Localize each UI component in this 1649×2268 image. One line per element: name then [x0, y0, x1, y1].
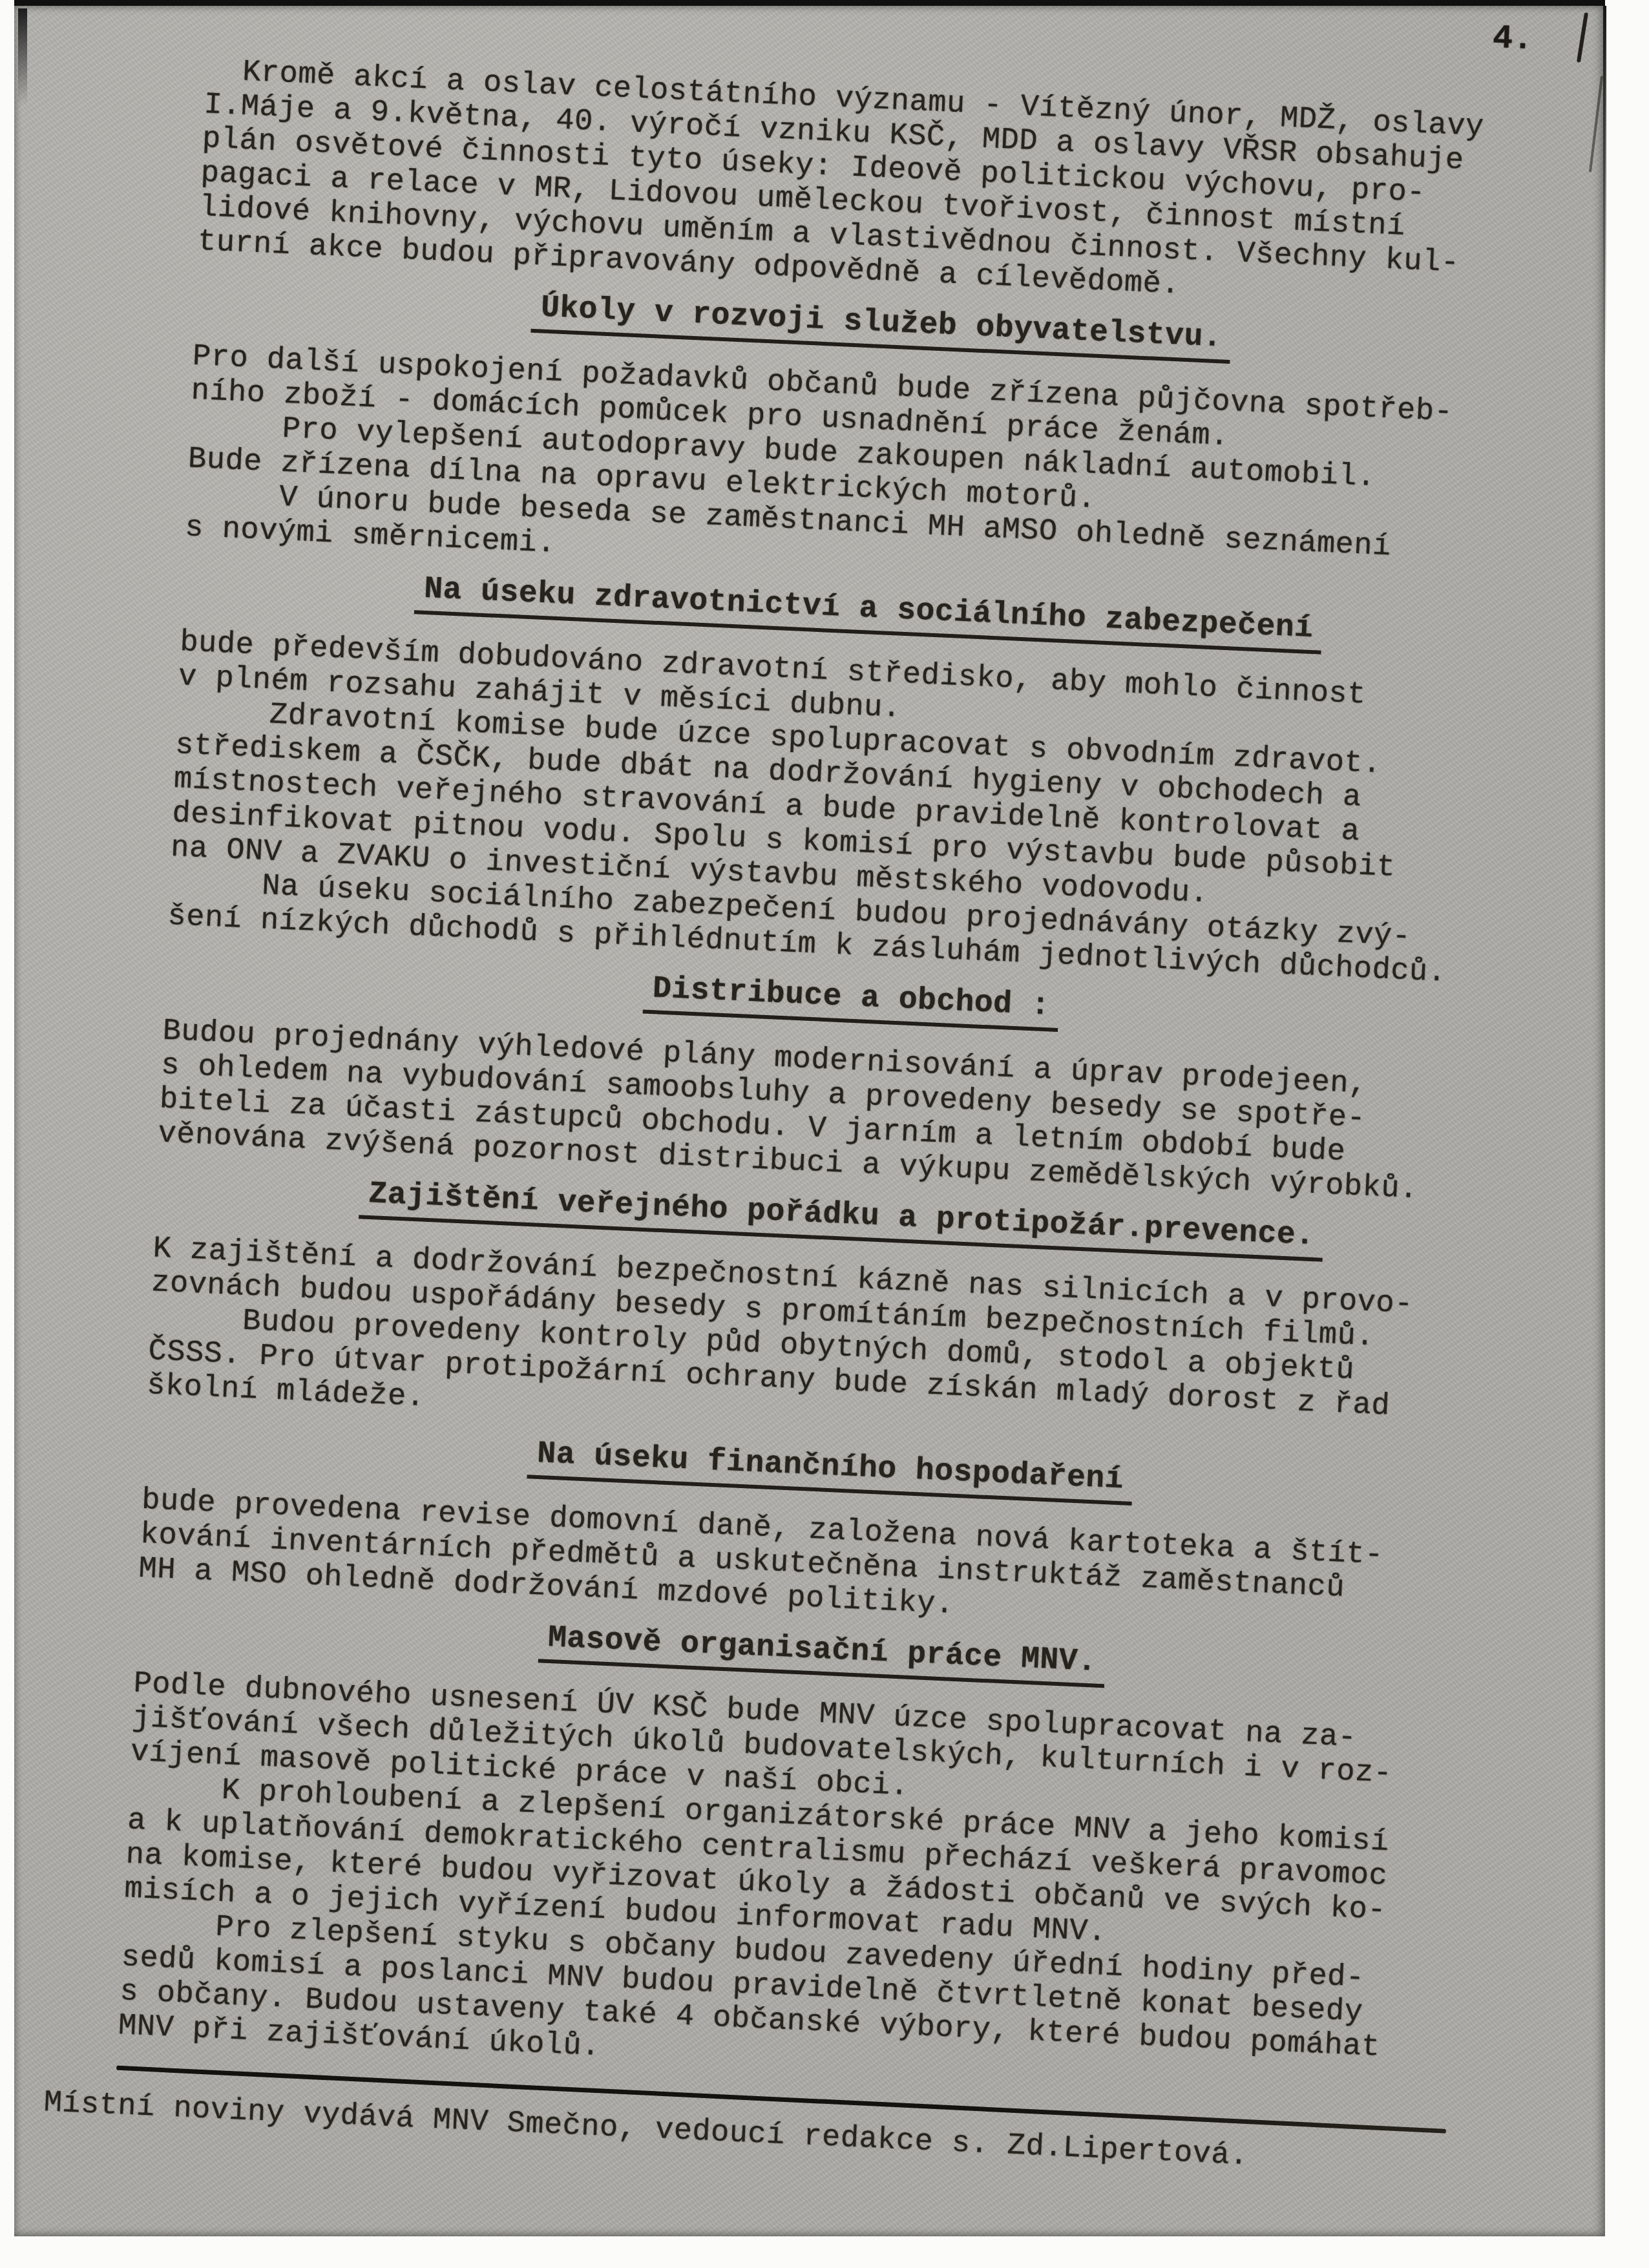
intro-paragraph: Kromě akcí a oslav celostátního významu …: [197, 54, 1578, 320]
section-body-services: Pro další uspokojení požadavků občanů bu…: [184, 340, 1565, 606]
scan-corner-smudge: [18, 8, 27, 105]
section-body-mass-org: Podle dubnového usnesení ÚV KSČ bude MNV…: [118, 1667, 1506, 2105]
section-body-public-order: K zajištění a dodržování bezpečnostní ká…: [146, 1232, 1526, 1464]
section-heading-services: Úkoly v rozvoji služeb obyvatelstvu.: [530, 291, 1232, 364]
section-body-health: bude především dobudováno zdravotní stře…: [167, 625, 1552, 994]
pen-mark: [1589, 76, 1603, 172]
section-heading-distribution: Distribuce a obchod :: [642, 972, 1060, 1033]
scanned-document-page: { "document": { "page_number": "4.", "in…: [0, 0, 1649, 2268]
section-heading-finance: Na úseku finančního hospodaření: [527, 1436, 1133, 1506]
paper-sheet: 4. Kromě akcí a oslav celostátního význa…: [14, 0, 1605, 2236]
pen-mark: [1577, 12, 1588, 63]
section-body-finance: bude provedena revise domovní daně, zalo…: [138, 1484, 1514, 1647]
typewritten-content: Kromě akcí a oslav celostátního významu …: [114, 39, 1579, 2184]
section-heading-mass-org: Masově organisační práce MNV.: [538, 1621, 1106, 1688]
page-number: 4.: [1492, 19, 1534, 59]
scan-edge-shadow: [1603, 6, 1606, 368]
